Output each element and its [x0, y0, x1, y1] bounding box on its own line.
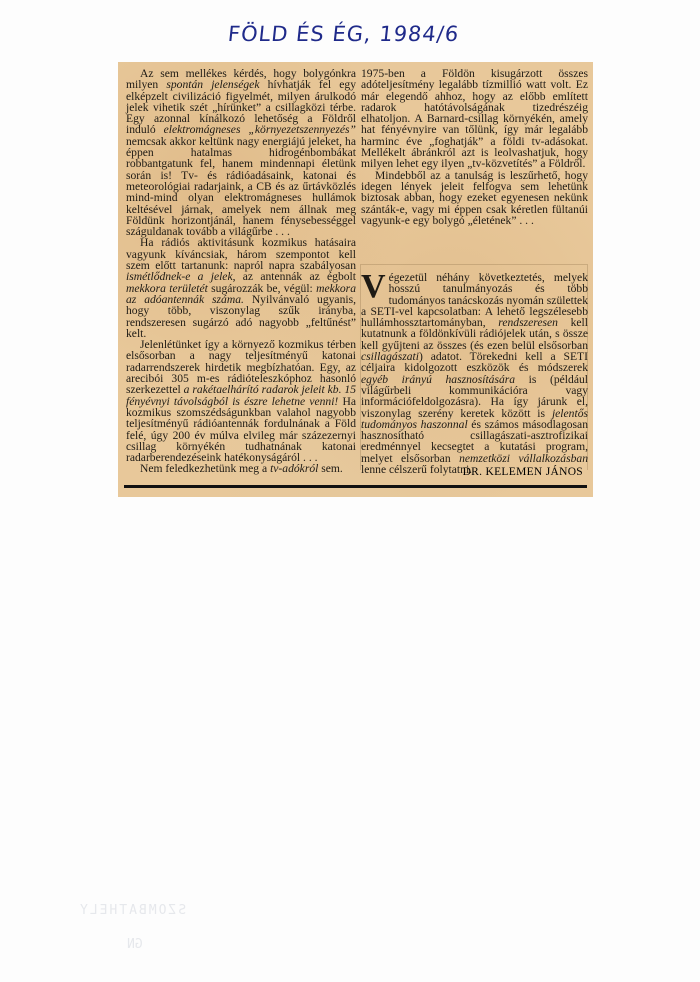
body-text: nemcsak akkor keltünk nagy energiájú jel…: [126, 135, 356, 238]
handwritten-source-annotation: FÖLD ÉS ÉG, 1984/6: [227, 22, 461, 46]
article-right-column: 1975-ben a Földön kisugárzott összes adó…: [361, 68, 588, 226]
body-text: Ha kozmikus szomszédságunkban valahol na…: [126, 395, 356, 464]
drop-cap: V: [361, 273, 386, 301]
article-paragraph: Az sem mellékes kérdés, hogy bolygónkra …: [126, 68, 356, 237]
article-paragraph: Ha rádiós aktivitásunk kozmikus hatásair…: [126, 237, 356, 339]
body-text: 1975-ben a Földön kisugárzott összes adó…: [361, 67, 588, 170]
body-text: sem.: [318, 462, 342, 475]
body-text: Nem feledkezhetünk meg a: [140, 462, 270, 475]
article-paragraph: Nem feledkezhetünk meg a tv-adókról sem.: [126, 463, 356, 474]
article-left-column: Az sem mellékes kérdés, hogy bolygónkra …: [126, 68, 356, 475]
body-text: lenne célszerű folytatni.: [361, 463, 472, 476]
article-paragraph: 1975-ben a Földön kisugárzott összes adó…: [361, 68, 588, 170]
emphasized-text: nemzetközi vállalkozásban: [459, 452, 588, 465]
bottom-rule-divider: [124, 485, 587, 488]
body-text: Ha rádiós aktivitásunk kozmikus hatásair…: [126, 236, 356, 272]
conclusion-paragraph: Végezetül néhány következtetés, melyek h…: [361, 272, 588, 475]
article-paragraph: Jelenlétünket így a környező kozmikus té…: [126, 339, 356, 463]
emphasized-text: tv-adókról: [270, 462, 318, 475]
article-paragraph: Mindebből az a tanulság is leszűrhető, h…: [361, 170, 588, 226]
article-conclusion: Végezetül néhány következtetés, melyek h…: [361, 272, 588, 475]
faint-stamp-showthrough: SZOMBATHELY: [78, 903, 186, 918]
body-text: Mindebből az a tanulság is leszűrhető, h…: [361, 169, 588, 227]
author-signature: DR. KELEMEN JÁNOS: [463, 466, 583, 478]
newspaper-clipping: Az sem mellékes kérdés, hogy bolygónkra …: [118, 62, 593, 497]
faint-stamp-showthrough-2: GN: [127, 937, 143, 952]
